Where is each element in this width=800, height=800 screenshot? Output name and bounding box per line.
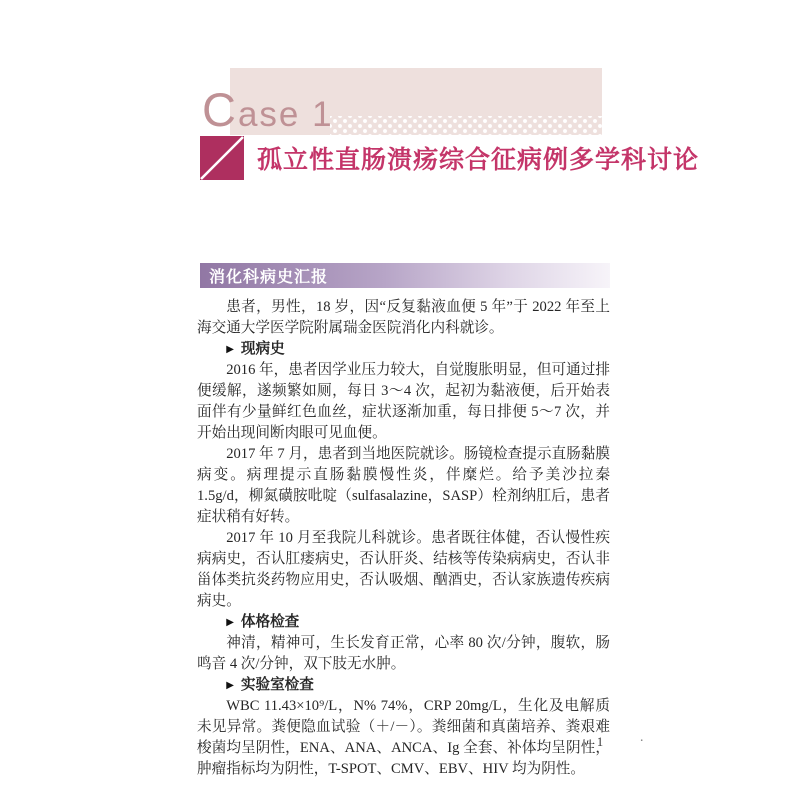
subheading-label: 实验室检查 bbox=[241, 675, 314, 696]
paragraph-history-2017-10: 2017 年 10 月至我院儿科就诊。患者既往体健，否认慢性疾病病史，否认肛瘘病… bbox=[197, 528, 610, 612]
paragraph-history-2016: 2016 年，患者因学业压力较大，自觉腹胀明显，但可通过排便缓解，遂频繁如厕，每… bbox=[197, 360, 610, 444]
subheading-label: 体格检查 bbox=[241, 612, 299, 633]
chapter-title-row: 孤立性直肠溃疡综合征病例多学科讨论 bbox=[200, 136, 610, 180]
dotted-pattern bbox=[330, 116, 602, 135]
triangle-marker-icon: ▶ bbox=[226, 675, 234, 696]
case-label-initial: C bbox=[202, 86, 238, 133]
paragraph-history-2017-07: 2017 年 7 月，患者到当地医院就诊。肠镜检查提示直肠黏膜病变。病理提示直肠… bbox=[197, 444, 610, 528]
triangle-marker-icon: ▶ bbox=[226, 612, 234, 633]
subheading-physical-exam: ▶ 体格检查 bbox=[226, 612, 610, 633]
subheading-label: 现病史 bbox=[241, 339, 285, 360]
subheading-lab-tests: ▶ 实验室检查 bbox=[226, 675, 610, 696]
diagonal-square-icon bbox=[200, 136, 244, 180]
paragraph-lab-results: WBC 11.43×10⁹/L，N% 74%，CRP 20mg/L，生化及电解质… bbox=[197, 696, 610, 780]
footer-left-dot: · bbox=[556, 734, 561, 750]
paragraph-patient-intro: 患者，男性，18 岁，因“反复黏液血便 5 年”于 2022 年至上海交通大学医… bbox=[197, 297, 610, 339]
section-header-bar: 消化科病史汇报 bbox=[200, 263, 610, 288]
case-label-rest: ase 1 bbox=[238, 97, 334, 132]
book-page: Case 1 孤立性直肠溃疡综合征病例多学科讨论 消化科病史汇报 患者，男性，1… bbox=[0, 0, 800, 800]
triangle-marker-icon: ▶ bbox=[226, 339, 234, 360]
page-footer: · 1 · bbox=[556, 733, 644, 751]
paragraph-physical-exam: 神清，精神可，生长发育正常，心率 80 次/分钟，腹软，肠鸣音 4 次/分钟，双… bbox=[197, 633, 610, 675]
page-number: 1 bbox=[597, 735, 603, 750]
section-header-label: 消化科病史汇报 bbox=[200, 264, 328, 287]
footer-right-dot: · bbox=[639, 734, 644, 750]
subheading-present-illness: ▶ 现病史 bbox=[226, 339, 610, 360]
chapter-title: 孤立性直肠溃疡综合征病例多学科讨论 bbox=[257, 140, 699, 176]
case-number-label: Case 1 bbox=[202, 86, 334, 133]
body-text: 患者，男性，18 岁，因“反复黏液血便 5 年”于 2022 年至上海交通大学医… bbox=[197, 297, 610, 780]
